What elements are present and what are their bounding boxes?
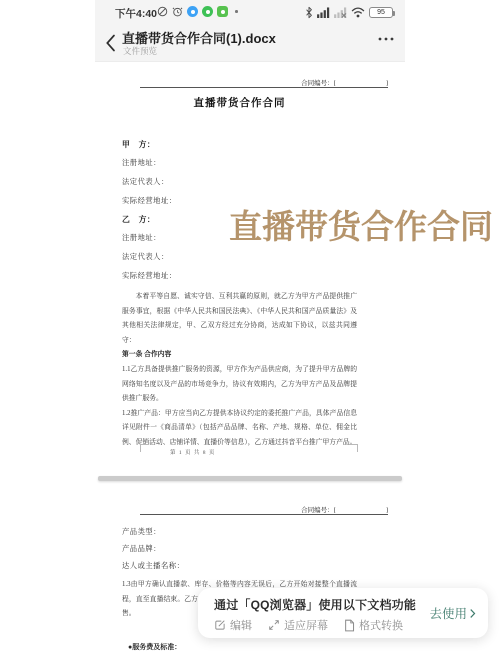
chat-icon (202, 6, 213, 17)
party-b-label: 乙 方： (122, 214, 155, 225)
margin-mark-left (140, 444, 149, 452)
fit-screen-icon (268, 619, 280, 631)
page-number-footer: 第 1 页 共 8 页 (170, 448, 215, 456)
edit-button[interactable]: 编辑 (214, 617, 252, 633)
status-bar: 下午4:40 (95, 0, 405, 24)
bluetooth-icon (305, 6, 313, 19)
go-use-button[interactable]: 去使用 (429, 588, 476, 638)
party-a-label: 甲 方： (122, 139, 155, 150)
service-fee-heading: ●服务费及标准： (128, 642, 181, 652)
contract-number-bracket-page2: ] (386, 507, 388, 514)
party-b-business-address-label: 实际经营地址： (122, 271, 177, 281)
mute-icon (157, 6, 168, 17)
contract-title: 直播带货合作合同 (122, 95, 357, 110)
contract-body-page1: 本着平等自愿、诚实守信、互利共赢的原则，就乙方为甲方产品提供推广服务事宜，根据《… (122, 290, 357, 451)
contract-number-label-page2: 合同编号：[ (301, 505, 336, 514)
status-icons-left (157, 6, 238, 17)
party-b-address-label: 注册地址： (122, 233, 161, 243)
product-type-label: 产品类型： (122, 527, 161, 537)
contract-number-bracket: ] (386, 80, 388, 87)
contract-number-row-page2: 合同编号：[] (140, 503, 388, 515)
fit-screen-button[interactable]: 适应屏幕 (268, 617, 328, 633)
party-b-representative-label: 法定代表人： (122, 252, 169, 262)
nav-bar: 直播带货合作合同(1).docx 文件预览 (95, 24, 405, 62)
screenshot-stage: 下午4:40 (0, 0, 500, 654)
document-viewport[interactable]: 合同编号：[] 直播带货合作合同 甲 方： 注册地址： 法定代表人： 实际经营地… (95, 62, 405, 654)
more-button[interactable] (377, 36, 395, 50)
page-divider (98, 476, 402, 481)
signal-icon (317, 7, 330, 18)
phone-screenshot: 下午4:40 (95, 0, 405, 654)
notification-dot (235, 10, 238, 13)
clock-label: 下午4:40 (115, 6, 157, 21)
promo-features: 编辑 适应屏幕 格式转换 (214, 617, 403, 633)
battery-percent-label: 95 (377, 9, 385, 16)
contract-number-label: 合同编号：[ (301, 78, 336, 87)
promo-title: 通过「QQ浏览器」使用以下文档功能 (214, 596, 416, 613)
back-button[interactable] (105, 34, 121, 54)
clause-1-1: 1.1乙方具备提供推广服务的资源，甲方作为产品供应商，为了提升甲方品牌的网络知名… (122, 363, 357, 407)
contract-intro: 本着平等自愿、诚实守信、互利共赢的原则，就乙方为甲方产品提供推广服务事宜，根据《… (122, 290, 357, 348)
convert-icon (344, 619, 355, 632)
product-brand-label: 产品品牌： (122, 544, 161, 554)
margin-mark-right (349, 444, 358, 452)
party-a-address-label: 注册地址： (122, 158, 161, 168)
fit-screen-label: 适应屏幕 (284, 617, 328, 633)
contract-number-row: 合同编号：[] (140, 76, 388, 88)
browser-icon (187, 6, 198, 17)
format-convert-button[interactable]: 格式转换 (344, 617, 403, 633)
streamer-name-label: 达人或主播名称： (122, 561, 184, 571)
chevron-right-icon (469, 608, 476, 619)
edit-label: 编辑 (230, 617, 252, 633)
edit-icon (214, 619, 226, 631)
app-header: 下午4:40 (95, 0, 405, 62)
party-a-business-address-label: 实际经营地址： (122, 196, 177, 206)
alarm-icon (172, 6, 183, 17)
signal-off-icon (334, 7, 347, 18)
qq-browser-promo-card: 通过「QQ浏览器」使用以下文档功能 编辑 适应屏幕 (198, 588, 488, 638)
section-1-heading: 第一条 合作内容 (122, 348, 357, 363)
wifi-icon (351, 7, 365, 18)
battery-icon: 95 (369, 7, 393, 18)
app-icon (217, 6, 228, 17)
file-preview-label: 文件预览 (123, 45, 157, 57)
status-icons-right: 95 (305, 6, 393, 19)
party-a-representative-label: 法定代表人： (122, 177, 169, 187)
clause-1-2: 1.2推广产品：甲方应当向乙方提供本协议约定的委托推广产品，具体产品信息详见附件… (122, 407, 357, 451)
format-convert-label: 格式转换 (359, 617, 403, 633)
go-use-label: 去使用 (429, 604, 467, 622)
